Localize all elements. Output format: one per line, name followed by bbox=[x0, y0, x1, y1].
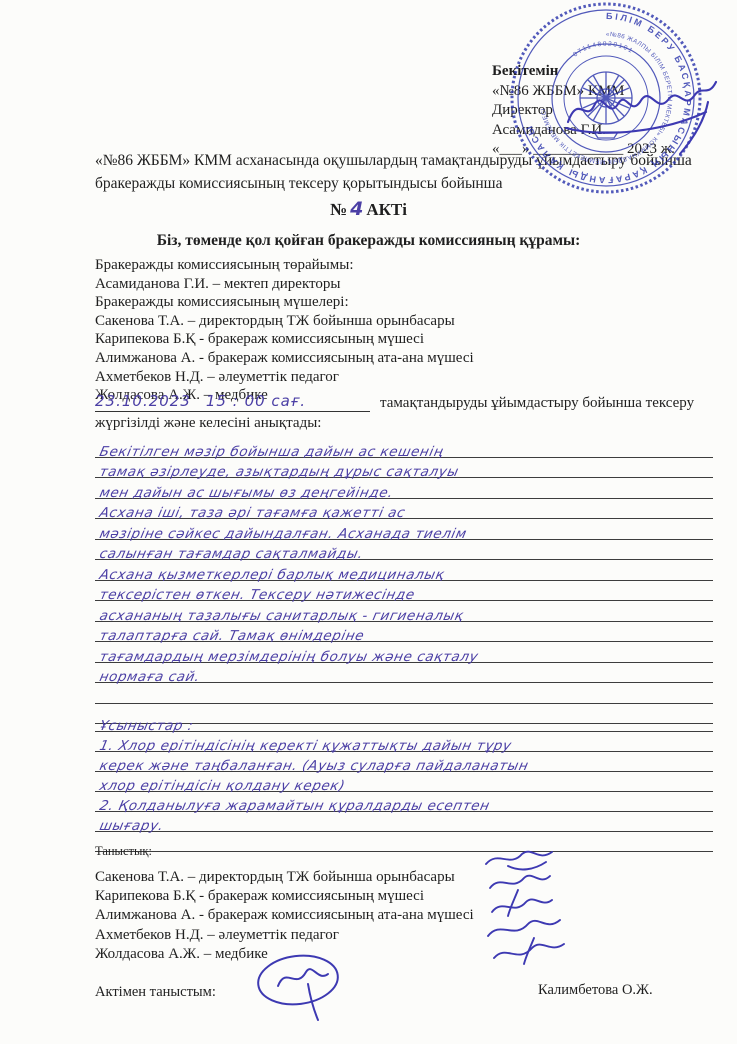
check-print-line2: жүргізілді және келесіні анықтады: bbox=[95, 415, 321, 432]
ruled-line: мен дайын ас шығымы өз деңгейінде. bbox=[95, 478, 713, 499]
ruled-line: асхананың тазалығы санитарлық - гигиенал… bbox=[95, 601, 713, 622]
member-line: Бракеражды комиссиясының төрайымы: bbox=[95, 256, 713, 275]
ruled-line: Асхана қызметкерлері барлық медициналық bbox=[95, 560, 713, 581]
member-line: Карипекова Б.Қ - бракераж комиссиясының … bbox=[95, 330, 713, 349]
acquaintance-label: Таныстық: bbox=[95, 844, 152, 859]
ruled-line: Асхана іші, таза әрі тағамға қажетті ас bbox=[95, 499, 713, 520]
ruled-line: тамақ әзірлеуде, азықтардың дұрыс сақтал… bbox=[95, 458, 713, 479]
ruled-line: Ұсыныстар : bbox=[95, 712, 713, 732]
act-no-suffix: АКТі bbox=[366, 200, 407, 219]
recommendations-handwritten-block: Ұсыныстар : 1. Хлор ерітіндісінің керект… bbox=[95, 712, 713, 852]
commission-subtitle: Біз, төменде қол қойған бракеражды комис… bbox=[0, 232, 737, 250]
ruled-line: салынған тағамдар сақталмайды. bbox=[95, 540, 713, 561]
ruled-line: тағамдардың мерзімдерінің болуы және сақ… bbox=[95, 642, 713, 663]
act-title: №4АКТі bbox=[0, 198, 737, 220]
ruled-line: керек және таңбаланған. (Ауыз суларға па… bbox=[95, 752, 713, 772]
check-print-text: тамақтандыруды ұйымдастыру бойынша тексе… bbox=[380, 395, 694, 411]
member-line: Асамиданова Г.И. – мектеп директоры bbox=[95, 275, 713, 294]
check-date-row: 23.10.2023 15 : 00 сағ.тамақтандыруды ұй… bbox=[95, 392, 713, 416]
member-line: Алимжанова А. - бракераж комиссиясының а… bbox=[95, 349, 713, 368]
member-line: Сакенова Т.А. – директордың ТЖ бойынша о… bbox=[95, 312, 713, 331]
handwritten-time: 15 : 00 сағ. bbox=[206, 392, 306, 410]
ruled-line: хлор ерітіндісін қолдану керек) bbox=[95, 772, 713, 792]
ruled-line: талаптарға сай. Тамақ өнімдеріне bbox=[95, 622, 713, 643]
intro-line-2: бракеражды комиссиясының тексеру қорытын… bbox=[95, 172, 713, 195]
handwritten-date: 23.10.2023 bbox=[95, 392, 191, 410]
date-blank-underline: 23.10.2023 15 : 00 сағ. bbox=[95, 392, 370, 412]
footer-acquainted-label: Актімен таныстым: bbox=[95, 984, 216, 1001]
ruled-line: нормаға сай. bbox=[95, 663, 713, 684]
footer-signature bbox=[250, 950, 370, 1025]
ruled-line-empty bbox=[95, 683, 713, 704]
member-line: Ахметбеков Н.Д. – әлеуметтік педагог bbox=[95, 368, 713, 387]
ruled-line: шығару. bbox=[95, 812, 713, 832]
ruled-line: Бекітілген мәзір бойынша дайын ас кешені… bbox=[95, 437, 713, 458]
act-no-prefix: № bbox=[330, 200, 347, 219]
ruled-line: 1. Хлор ерітіндісінің керекті құжаттықты… bbox=[95, 732, 713, 752]
svg-text:071148020101: 071148020101 bbox=[572, 41, 634, 59]
member-line: Бракеражды комиссиясының мүшелері: bbox=[95, 293, 713, 312]
commission-members-list: Бракеражды комиссиясының төрайымы: Асами… bbox=[95, 256, 713, 405]
stamp-number: 071148020101 bbox=[572, 41, 634, 59]
director-signature bbox=[558, 68, 728, 158]
ruled-line-empty bbox=[95, 832, 713, 852]
footer-person-name: Калимбетова О.Ж. bbox=[538, 982, 653, 999]
member-signatures bbox=[468, 846, 608, 976]
act-no-handwritten: 4 bbox=[347, 198, 366, 220]
ruled-line: 2. Қолданылуға жарамайтын құралдарды есе… bbox=[95, 792, 713, 812]
findings-handwritten-block: Бекітілген мәзір бойынша дайын ас кешені… bbox=[95, 437, 713, 724]
ruled-line: тексерістен өткен. Тексеру нәтижесінде bbox=[95, 581, 713, 602]
scanned-act-document: БІЛІМ БЕРУ БАСҚАРМАСЫНЫҢ ҚАРАҒАНДЫ ҚАЛАС… bbox=[0, 0, 737, 1044]
ruled-line: мәзіріне сәйкес дайындалған. Асханада ти… bbox=[95, 519, 713, 540]
